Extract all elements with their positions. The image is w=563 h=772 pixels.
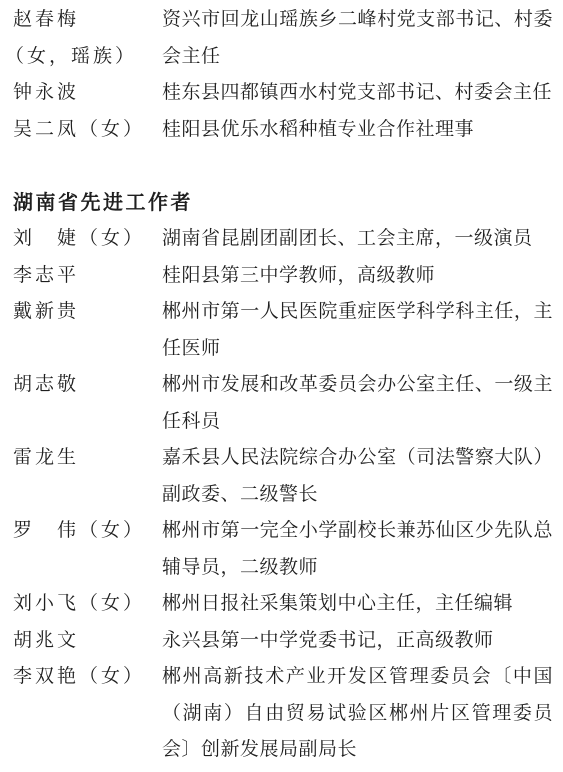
recipient-description: 桂阳县第三中学教师，高级教师 <box>162 258 553 295</box>
recipient-name-line: 李志平 <box>13 258 162 295</box>
recipient-description: 永兴县第一中学党委书记，正高级教师 <box>162 623 553 660</box>
continued-award-list: 赵春梅（女，瑶族）资兴市回龙山瑶族乡二峰村党支部书记、村委会主任钟永波桂东县四都… <box>13 2 553 148</box>
recipient-name-line: 吴二凤（女） <box>13 112 162 149</box>
recipient-name: 戴新贵 <box>13 294 162 331</box>
recipient-name: 吴二凤（女） <box>13 112 162 149</box>
advanced-workers-list: 刘 婕（女）湖南省昆剧团副团长、工会主席，一级演员李志平桂阳县第三中学教师，高级… <box>13 221 553 769</box>
award-entry: 刘 婕（女）湖南省昆剧团副团长、工会主席，一级演员 <box>13 221 553 258</box>
award-entry: 戴新贵郴州市第一人民医院重症医学科学科主任，主任医师 <box>13 294 553 367</box>
recipient-name: 赵春梅（女，瑶族） <box>13 2 162 75</box>
award-entry: 吴二凤（女）桂阳县优乐水稻种植专业合作社理事 <box>13 112 553 149</box>
recipient-description: 湖南省昆剧团副团长、工会主席，一级演员 <box>162 221 553 258</box>
recipient-description: 嘉禾县人民法院综合办公室（司法警察大队）副政委、二级警长 <box>162 440 553 513</box>
recipient-name: 刘小飞（女） <box>13 586 162 623</box>
section-title: 湖南省先进工作者 <box>13 185 553 222</box>
recipient-name: 胡志敬 <box>13 367 162 404</box>
award-entry: 胡兆文永兴县第一中学党委书记，正高级教师 <box>13 623 553 660</box>
award-entry: 刘小飞（女）郴州日报社采集策划中心主任，主任编辑 <box>13 586 553 623</box>
recipient-name-line: 雷龙生 <box>13 440 162 477</box>
recipient-name: 刘 婕（女） <box>13 221 162 258</box>
recipient-description: 资兴市回龙山瑶族乡二峰村党支部书记、村委会主任 <box>162 2 553 75</box>
recipient-description: 郴州市第一完全小学副校长兼苏仙区少先队总辅导员，二级教师 <box>162 513 553 586</box>
recipient-name-line: 刘小飞（女） <box>13 586 162 623</box>
recipient-name-line: 刘 婕（女） <box>13 221 162 258</box>
award-entry: 钟永波桂东县四都镇西水村党支部书记、村委会主任 <box>13 75 553 112</box>
recipient-name: 罗 伟（女） <box>13 513 162 550</box>
award-entry: 罗 伟（女）郴州市第一完全小学副校长兼苏仙区少先队总辅导员，二级教师 <box>13 513 553 586</box>
recipient-name-line: 罗 伟（女） <box>13 513 162 550</box>
recipient-description: 郴州市第一人民医院重症医学科学科主任，主任医师 <box>162 294 553 367</box>
award-entry: 赵春梅（女，瑶族）资兴市回龙山瑶族乡二峰村党支部书记、村委会主任 <box>13 2 553 75</box>
recipient-name-line: 戴新贵 <box>13 294 162 331</box>
recipient-name-line: 胡志敬 <box>13 367 162 404</box>
recipient-description: 郴州市发展和改革委员会办公室主任、一级主任科员 <box>162 367 553 440</box>
recipient-description: 郴州日报社采集策划中心主任，主任编辑 <box>162 586 553 623</box>
recipient-name-line: 李双艳（女） <box>13 659 162 696</box>
award-entry: 胡志敬郴州市发展和改革委员会办公室主任、一级主任科员 <box>13 367 553 440</box>
recipient-name-line: （女，瑶族） <box>5 39 162 76</box>
recipient-name-line: 胡兆文 <box>13 623 162 660</box>
recipient-name: 李志平 <box>13 258 162 295</box>
recipient-name: 雷龙生 <box>13 440 162 477</box>
recipient-name: 钟永波 <box>13 75 162 112</box>
award-entry: 李志平桂阳县第三中学教师，高级教师 <box>13 258 553 295</box>
award-entry: 李双艳（女）郴州高新技术产业开发区管理委员会〔中国（湖南）自由贸易试验区郴州片区… <box>13 659 553 769</box>
recipient-name: 胡兆文 <box>13 623 162 660</box>
blank-line <box>13 148 553 185</box>
recipient-name-line: 钟永波 <box>13 75 162 112</box>
award-entry: 雷龙生嘉禾县人民法院综合办公室（司法警察大队）副政委、二级警长 <box>13 440 553 513</box>
recipient-description: 桂阳县优乐水稻种植专业合作社理事 <box>162 112 553 149</box>
recipient-name-line: 赵春梅 <box>13 2 162 39</box>
recipient-description: 桂东县四都镇西水村党支部书记、村委会主任 <box>162 75 553 112</box>
recipient-name: 李双艳（女） <box>13 659 162 696</box>
recipient-description: 郴州高新技术产业开发区管理委员会〔中国（湖南）自由贸易试验区郴州片区管理委员会〕… <box>162 659 553 769</box>
commendation-document: 赵春梅（女，瑶族）资兴市回龙山瑶族乡二峰村党支部书记、村委会主任钟永波桂东县四都… <box>0 0 563 772</box>
